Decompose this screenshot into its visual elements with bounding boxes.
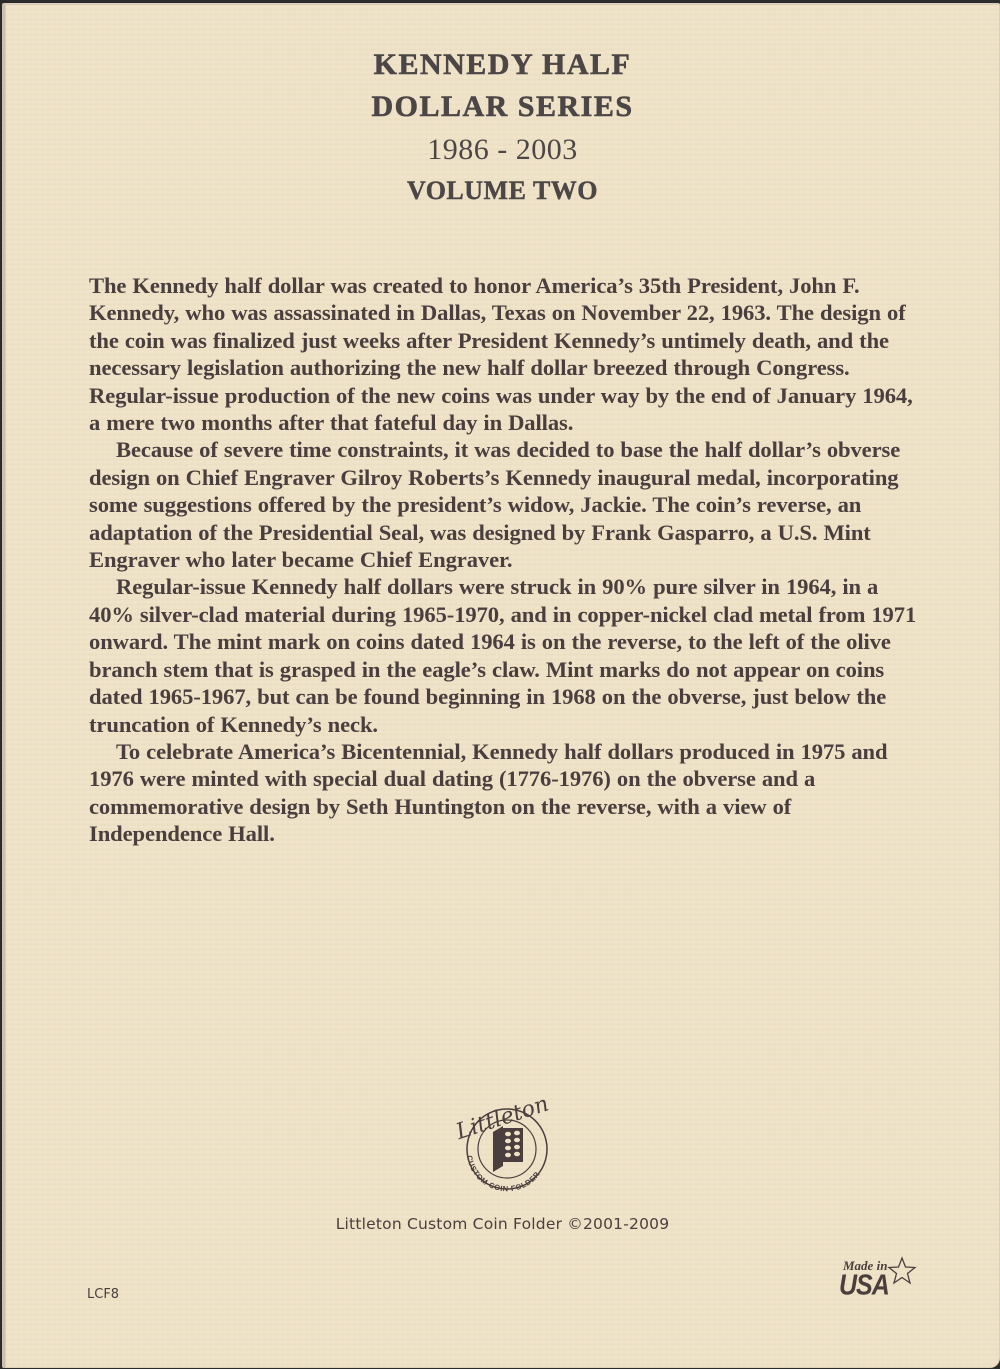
littleton-logo: CUSTOM COIN FOLDER Littleton	[445, 1094, 570, 1194]
title-block: KENNEDY HALF DOLLAR SERIES 1986 - 2003 V…	[5, 44, 1000, 210]
paragraph-1: The Kennedy half dollar was created to h…	[89, 272, 919, 436]
title-line-2: DOLLAR SERIES	[5, 86, 1000, 128]
product-code: LCF8	[87, 1287, 119, 1302]
history-text: The Kennedy half dollar was created to h…	[89, 272, 919, 848]
folder-back-cover: KENNEDY HALF DOLLAR SERIES 1986 - 2003 V…	[2, 3, 1000, 1368]
title-line-1: KENNEDY HALF	[5, 44, 1000, 86]
made-in-usa-badge: Made in USA	[837, 1256, 922, 1306]
usa-label: USA	[839, 1269, 889, 1302]
paragraph-2: Because of severe time constraints, it w…	[89, 436, 919, 573]
coin-folder-icon: CUSTOM COIN FOLDER Littleton	[445, 1094, 570, 1194]
star-icon	[887, 1256, 917, 1286]
title-volume: VOLUME TWO	[5, 172, 1000, 210]
copyright-text: Littleton Custom Coin Folder ©2001-2009	[5, 1215, 1000, 1233]
title-years: 1986 - 2003	[5, 128, 1000, 172]
paragraph-3: Regular-issue Kennedy half dollars were …	[89, 573, 919, 737]
paragraph-4: To celebrate America’s Bicentennial, Ken…	[89, 738, 919, 848]
